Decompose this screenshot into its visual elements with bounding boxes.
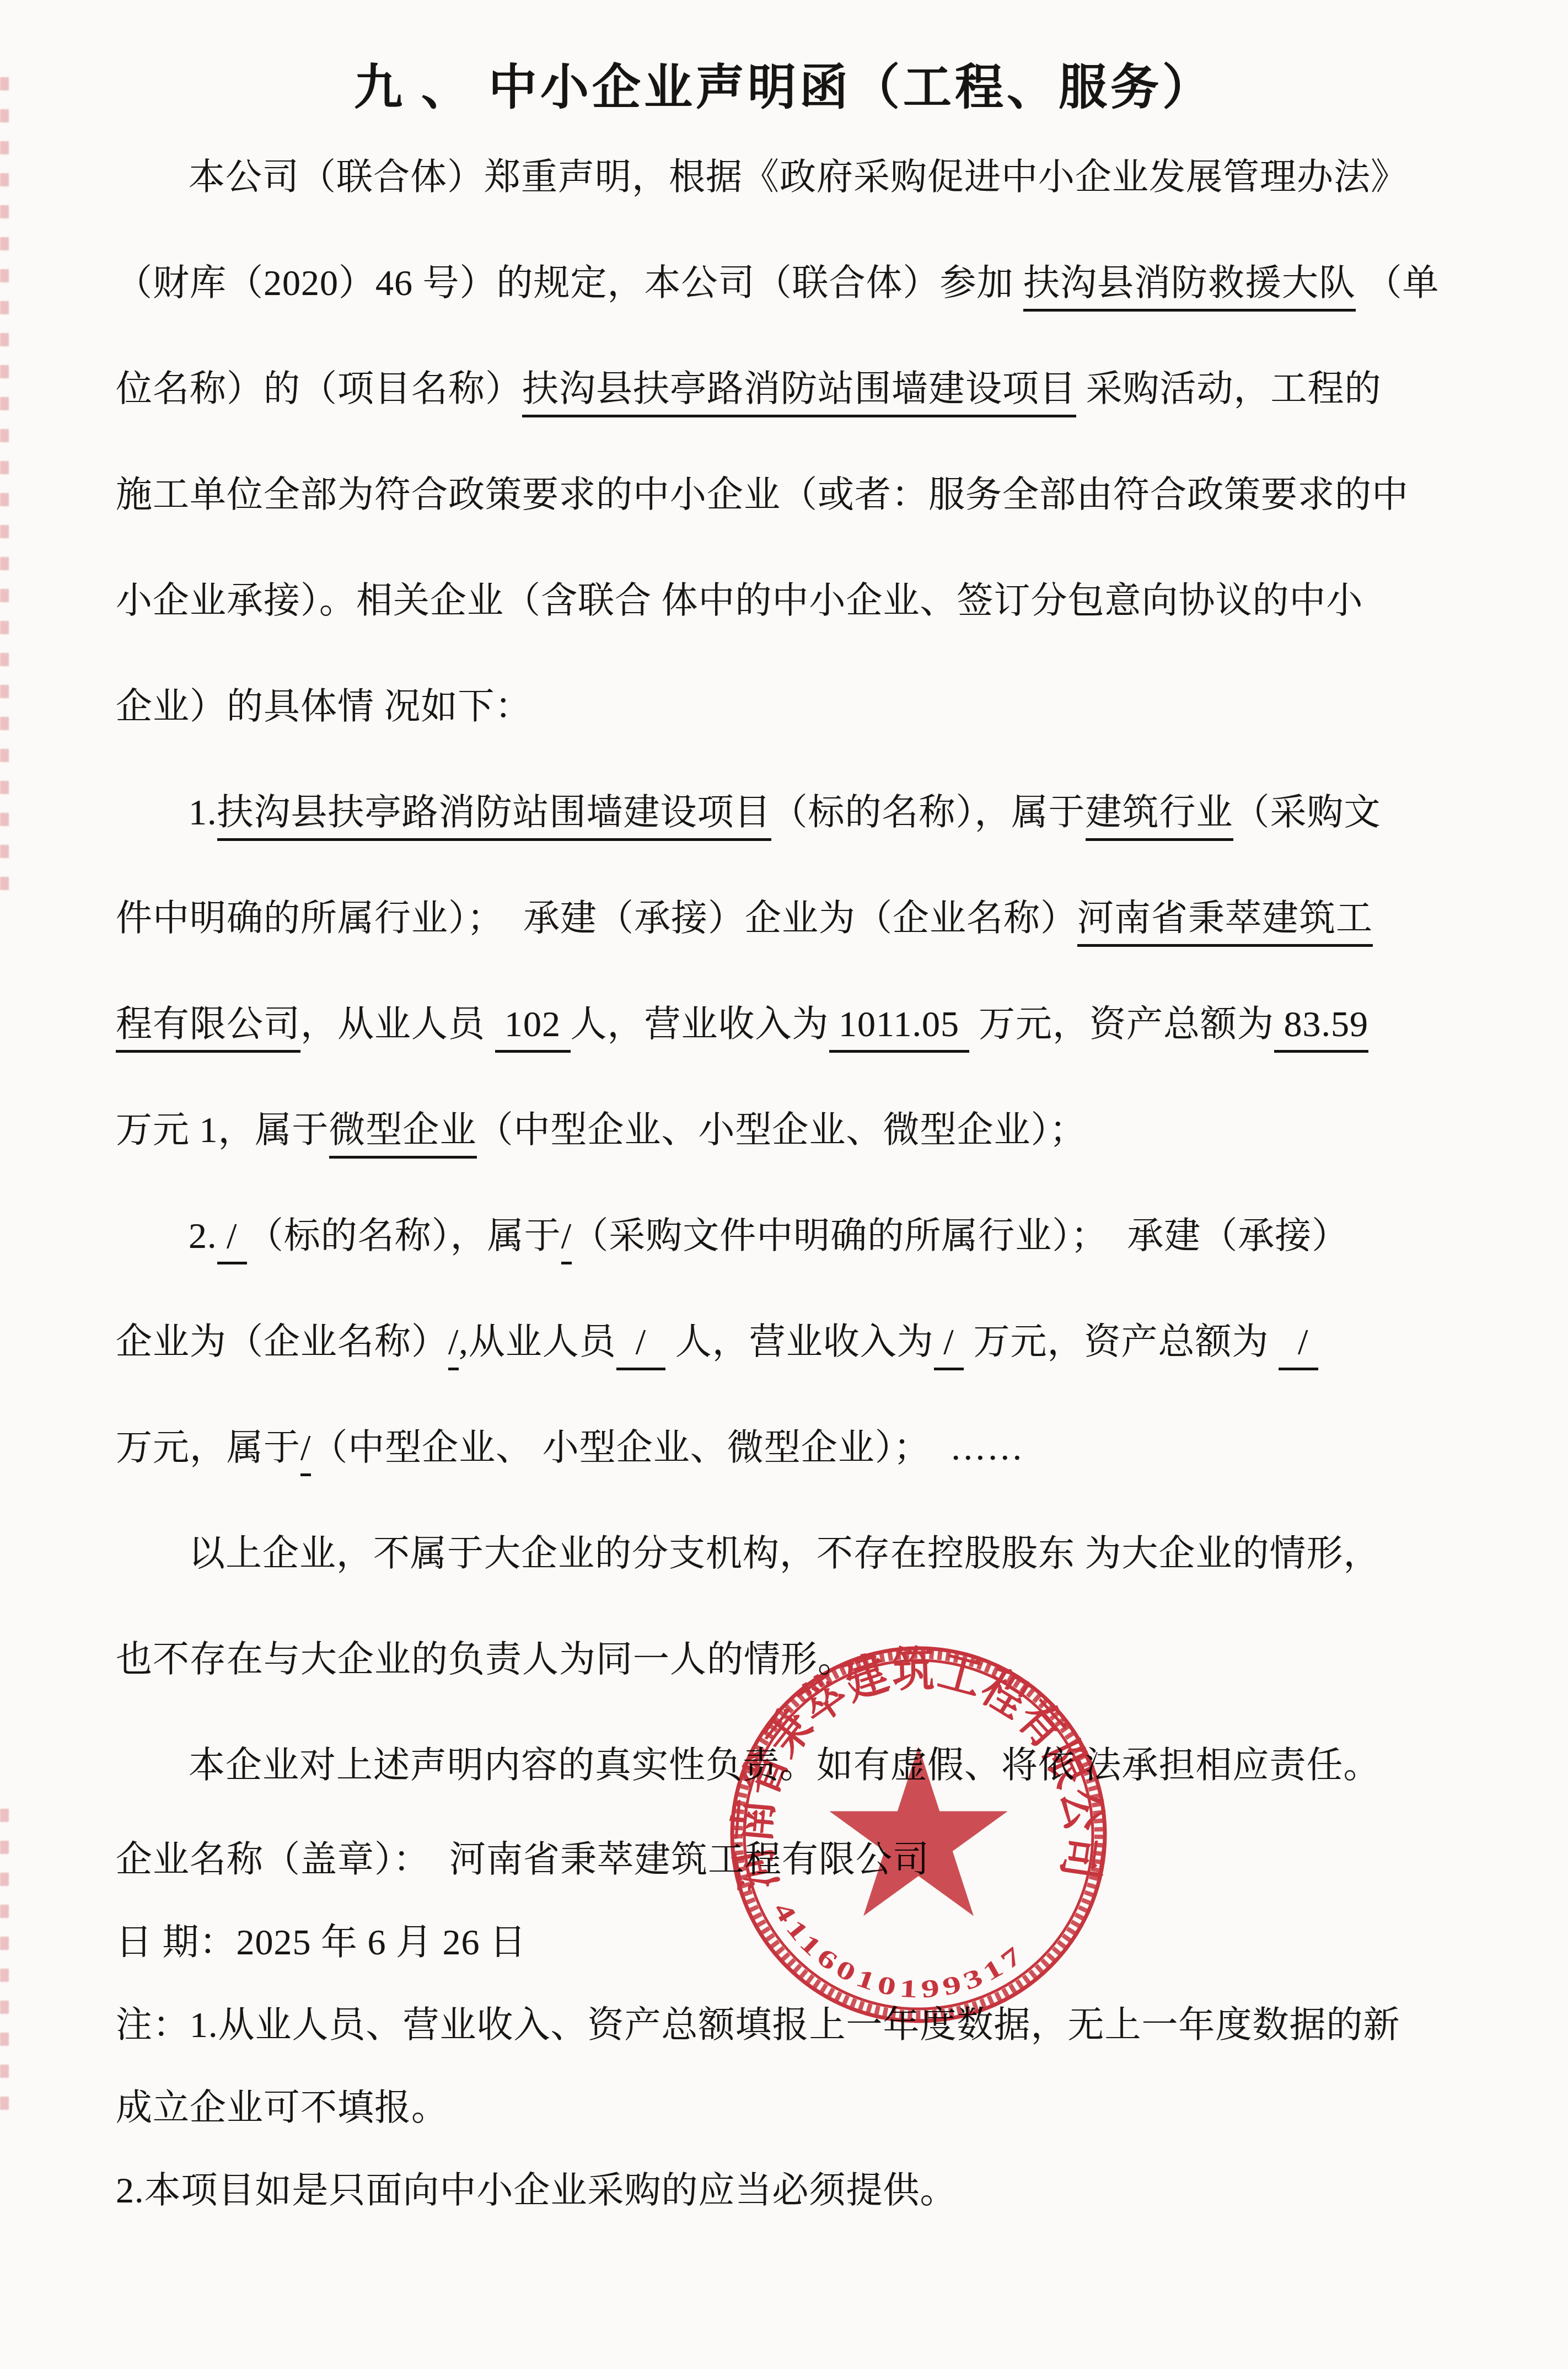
- filled-blank: /: [217, 1216, 247, 1264]
- document-body: 本公司（联合体）郑重声明，根据《政府采购促进中小企业发展管理办法》（财库（202…: [116, 125, 1452, 1819]
- filled-blank: /: [300, 1428, 311, 1476]
- text-run: 位名称）的（项目名称）: [116, 369, 522, 409]
- text-run: 人，营业收入为: [665, 1322, 934, 1362]
- document-line: 施工单位全部为符合政策要求的中小企业（或者：服务全部由符合政策要求的中: [116, 442, 1452, 548]
- document-line: 1.扶沟县扶亭路消防站围墙建设项目（标的名称），属于建筑行业（采购文: [116, 760, 1452, 866]
- document-line: 程有限公司，从业人员 102 人，营业收入为 1011.05 万元，资产总额为 …: [116, 972, 1452, 1078]
- document-line: 位名称）的（项目名称）扶沟县扶亭路消防站围墙建设项目 采购活动，工程的: [116, 336, 1452, 442]
- text-run: 人，营业收入为: [571, 1004, 829, 1044]
- text-run: （中型企业、小型企业、微型企业）；: [477, 1110, 1087, 1150]
- text-run: 成立企业可不填报。: [116, 2088, 448, 2128]
- filled-blank: 扶沟县消防救援大队: [1023, 263, 1356, 312]
- filled-blank: 建筑行业: [1086, 792, 1233, 841]
- text-run: 本公司（联合体）郑重声明，根据《政府采购促进中小企业发展管理办法》: [189, 157, 1408, 197]
- text-run: （采购文: [1233, 792, 1381, 833]
- scan-artifact: [0, 77, 9, 904]
- seal-serial-number: 4116010199317: [769, 1897, 1031, 2003]
- filled-blank: 微型企业: [329, 1110, 477, 1159]
- text-run: 2.本项目如是只面向中小企业采购的应当必须提供。: [116, 2170, 957, 2211]
- text-run: 以上企业，不属于大企业的分支机构，不存在控股股东 为大企业的情形，: [189, 1534, 1381, 1574]
- document-line: 小企业承接）。相关企业（含联合 体中的中小企业、签订分包意向协议的中小: [116, 548, 1452, 654]
- text-run: 施工单位全部为符合政策要求的中小企业（或者：服务全部由符合政策要求的中: [116, 475, 1409, 515]
- text-run: （标的名称），属于: [247, 1216, 561, 1256]
- seal-serial-text: 4116010199317: [769, 1897, 1031, 2003]
- company-seal: 河南省秉萃建筑工程有限公司 4116010199317: [709, 1625, 1128, 2044]
- filled-blank: /: [448, 1322, 459, 1370]
- document-line: 2.本项目如是只面向中小企业采购的应当必须提供。: [116, 2150, 1452, 2232]
- text-run: （标的名称），属于: [771, 792, 1086, 833]
- text-run: ，从业人员: [300, 1004, 495, 1044]
- filled-blank: 扶沟县扶亭路消防站围墙建设项目: [217, 792, 771, 841]
- document-line: 企业）的具体情 况如下：: [116, 654, 1452, 760]
- scan-artifact: [0, 1809, 9, 2118]
- text-run: （财库（2020）46 号）的规定，本公司（联合体）参加: [116, 263, 1023, 303]
- text-run: 采购活动，工程的: [1076, 369, 1382, 409]
- text-run: 小企业承接）。相关企业（含联合 体中的中小企业、签订分包意向协议的中小: [116, 581, 1363, 621]
- text-run: （单: [1356, 263, 1440, 303]
- document-line: 成立企业可不填报。: [116, 2067, 1452, 2150]
- text-run: 日 期：2025 年 6 月 26 日: [116, 1922, 527, 1963]
- document-line: 以上企业，不属于大企业的分支机构，不存在控股股东 为大企业的情形，: [116, 1501, 1452, 1607]
- text-run: 万元，资产总额为: [969, 1004, 1275, 1044]
- document-title: 九 、 中小企业声明函（工程、服务）: [116, 0, 1452, 118]
- filled-blank: 扶沟县扶亭路消防站围墙建设项目: [522, 369, 1076, 417]
- document-line: 2. / （标的名称），属于/（采购文件中明确的所属行业）； 承建（承接）: [116, 1183, 1452, 1289]
- text-run: ,从业人员: [459, 1322, 616, 1362]
- document-line: 万元，属于/（中型企业、 小型企业、微型企业）； ……: [116, 1395, 1452, 1501]
- filled-blank: /: [1279, 1322, 1318, 1370]
- text-run: 件中明确的所属行业）； 承建（承接）企业为（企业名称）: [116, 898, 1077, 939]
- text-run: （采购文件中明确的所属行业）； 承建（承接）: [572, 1216, 1349, 1256]
- text-run: 企业）的具体情 况如下：: [116, 687, 532, 727]
- filled-blank: 河南省秉萃建筑工: [1077, 898, 1373, 947]
- filled-blank: 程有限公司: [116, 1004, 300, 1053]
- filled-blank: 83.59: [1274, 1004, 1368, 1053]
- document-line: 企业为（企业名称）/,从业人员 / 人，营业收入为 / 万元，资产总额为 /: [116, 1289, 1452, 1395]
- document-line: 件中明确的所属行业）； 承建（承接）企业为（企业名称）河南省秉萃建筑工: [116, 866, 1452, 972]
- text-run: （中型企业、 小型企业、微型企业）； ……: [311, 1428, 1024, 1468]
- text-run: 万元，属于: [116, 1428, 300, 1468]
- text-run: 万元 1，属于: [116, 1110, 329, 1150]
- text-run: 万元，资产总额为: [964, 1322, 1279, 1362]
- text-run: 企业为（企业名称）: [116, 1322, 448, 1362]
- document-line: （财库（2020）46 号）的规定，本公司（联合体）参加 扶沟县消防救援大队 （…: [116, 231, 1452, 336]
- filled-blank: /: [561, 1216, 572, 1264]
- text-run: 2.: [189, 1216, 217, 1256]
- document-line: 本公司（联合体）郑重声明，根据《政府采购促进中小企业发展管理办法》: [116, 125, 1452, 231]
- document-line: 万元 1，属于微型企业（中型企业、小型企业、微型企业）；: [116, 1078, 1452, 1183]
- text-run: 1.: [189, 792, 217, 833]
- filled-blank: 102: [495, 1004, 571, 1053]
- star-icon: [829, 1746, 1007, 1916]
- filled-blank: 1011.05: [829, 1004, 969, 1053]
- filled-blank: /: [616, 1322, 665, 1370]
- filled-blank: /: [934, 1322, 964, 1370]
